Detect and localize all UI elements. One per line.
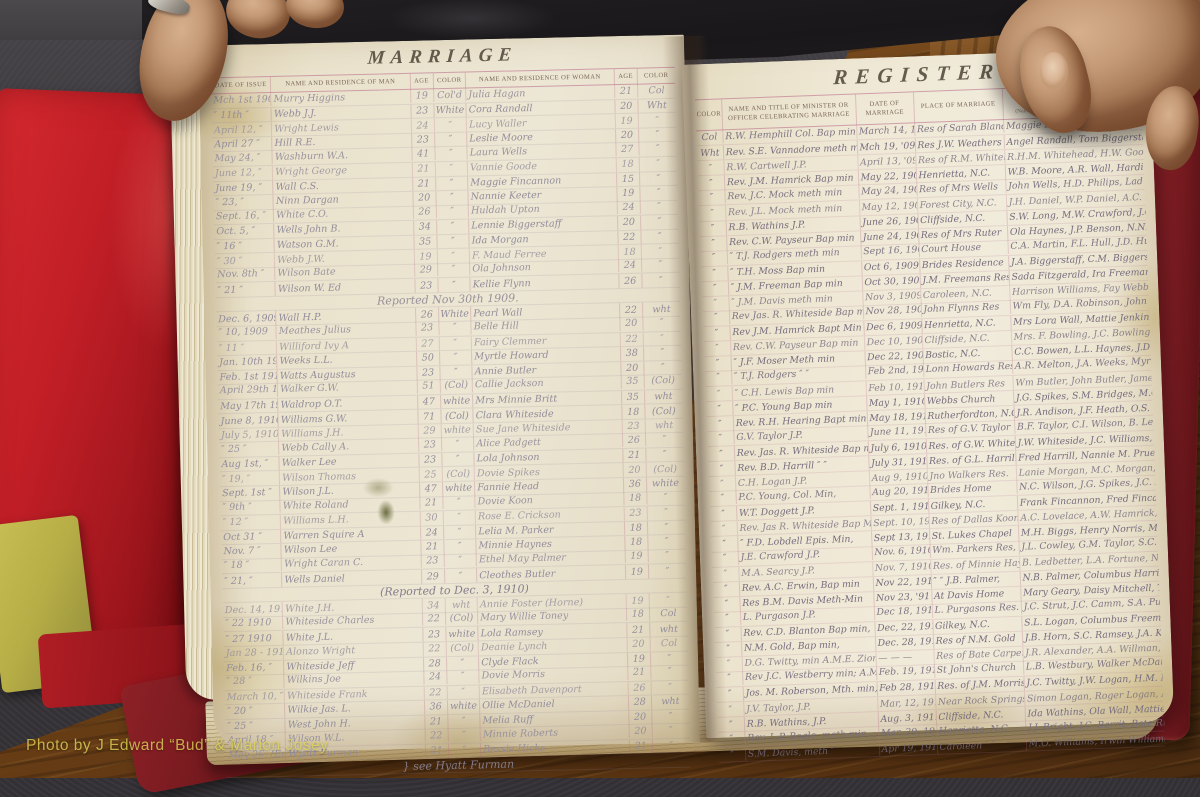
register-cell-ma: 24 bbox=[420, 526, 443, 540]
register-cell-place: Brides Home bbox=[928, 480, 1018, 497]
register-cell-wa: 21 bbox=[627, 623, 650, 637]
register-cell-date: June 26, 1909 bbox=[860, 214, 918, 230]
right-page: REGISTER COLOR NAME AND TITLE OF MINISTE… bbox=[682, 48, 1174, 739]
register-cell-wa: 21 bbox=[615, 84, 638, 98]
register-cell-wa: 28 bbox=[629, 696, 652, 710]
register-cell-mc: ″ bbox=[436, 204, 469, 218]
register-cell-woman: Alice Padgett bbox=[474, 433, 623, 450]
register-cell-man: White C.O. bbox=[274, 205, 413, 222]
register-cell-mc: wht bbox=[445, 598, 478, 612]
register-cell-mc: white bbox=[441, 423, 474, 437]
register-cell-man: White Roland bbox=[281, 496, 420, 513]
register-cell-date: Oct. 5, ″ bbox=[214, 224, 275, 239]
register-cell-wa: 35 bbox=[621, 375, 644, 389]
register-cell-date: Dec 10, 1909 bbox=[864, 334, 922, 350]
register-cell-wa: 20 bbox=[629, 710, 652, 724]
register-cell-date: Jan 28 - 1911 bbox=[224, 646, 285, 661]
register-cell-mc: ″ bbox=[447, 656, 480, 670]
register-cell-wa: 15 bbox=[617, 172, 640, 186]
register-cell-mc: ″ bbox=[435, 161, 468, 175]
register-cell-wa: 23 bbox=[622, 419, 645, 433]
register-cell-mc: ″ bbox=[438, 262, 471, 276]
register-cell-date: Aug 1st, ″ bbox=[219, 457, 280, 472]
register-cell-date: Nov. 7 ″ bbox=[221, 544, 282, 559]
register-cell-date: ″ 28 ″ bbox=[224, 674, 285, 689]
register-cell-ma: 23 bbox=[412, 133, 435, 147]
register-cell-mc: white bbox=[443, 481, 476, 495]
register-cell-wa: 19 bbox=[625, 549, 648, 563]
register-cell-mc: ″ bbox=[435, 146, 468, 160]
register-cell-date: ″ 12 ″ bbox=[221, 515, 282, 530]
register-cell-date: Nov. 8th ″ bbox=[215, 267, 276, 282]
register-cell-date: Feb 28, 1911 bbox=[877, 680, 935, 696]
register-cell-ma: 50 bbox=[417, 351, 440, 365]
register-cell-date: Mch 1st 1909 bbox=[211, 92, 272, 107]
register-cell-mc: ″ bbox=[444, 540, 477, 554]
register-cell-man: Wright Caran C. bbox=[282, 554, 421, 571]
register-cell-date: Jan. 10th 1910 bbox=[217, 355, 278, 370]
register-cell-wa: 18 bbox=[616, 158, 639, 172]
register-cell-mc: ″ bbox=[437, 249, 470, 263]
register-cell-man: Wilkins Joe bbox=[285, 671, 424, 688]
register-cell-date: ″ 11th ″ bbox=[211, 108, 272, 123]
register-cell-mc: ″ bbox=[437, 220, 470, 234]
register-cell-mc: (Col) bbox=[440, 379, 473, 393]
register-cell-mc: ″ bbox=[442, 437, 475, 451]
register-cell-ma: 23 bbox=[416, 321, 439, 335]
register-cell-woman: Dovie Koon bbox=[475, 492, 624, 509]
register-cell-date: Dec. 6, 1909 bbox=[216, 311, 277, 326]
register-cell-date: April 27 ″ bbox=[212, 137, 273, 152]
register-cell-date: Dec 18, 1910 bbox=[874, 604, 932, 620]
register-cell-ma: 28 bbox=[423, 657, 446, 671]
register-cell-date: July 31, 1910 bbox=[869, 454, 927, 470]
register-cell-date: Sept. 1, 1910 bbox=[870, 499, 928, 515]
register-cell-ma: 51 bbox=[417, 379, 440, 393]
register-cell-date: ″ 16 ″ bbox=[214, 239, 275, 254]
register-cell-place: St John's Church bbox=[934, 661, 1024, 678]
register-cell-wa: 20 bbox=[621, 361, 644, 375]
register-cell-date: May 24, 1909 bbox=[859, 183, 917, 199]
register-cell-ma: 21 bbox=[413, 177, 436, 191]
register-cell-woman: Ethel May Palmer bbox=[477, 550, 626, 567]
register-cell-wa: 22 bbox=[618, 230, 641, 244]
register-cell-ma: 21 bbox=[425, 744, 448, 758]
register-cell-ma: 26 bbox=[416, 308, 439, 322]
register-cell-date: July 6, 1910 bbox=[868, 439, 926, 455]
register-cell-man: Whiteside Charles bbox=[283, 613, 422, 630]
register-cell-ma: 23 bbox=[415, 279, 438, 293]
register-cell-mc: white bbox=[448, 700, 481, 714]
register-cell-mc: white bbox=[441, 394, 474, 408]
register-cell-place: Lonn Howards Res bbox=[923, 360, 1013, 377]
register-cell-ma: 23 bbox=[417, 366, 440, 380]
register-cell-mc: ″ bbox=[447, 685, 480, 699]
register-cell-place: Res of G.V. Taylor bbox=[926, 420, 1016, 437]
register-cell-man: Webb Cally A. bbox=[279, 438, 418, 455]
register-cell-date: July 5, 1910 bbox=[219, 428, 280, 443]
register-cell-ma: 41 bbox=[412, 147, 435, 161]
register-cell-date: Feb 2nd, 1910 bbox=[865, 363, 923, 379]
register-cell-date: Mch 19, '09 bbox=[857, 139, 915, 155]
register-cell-date: Oct 6, 1909 bbox=[862, 259, 920, 275]
register-cell-date: ″ 9th ″ bbox=[220, 499, 281, 514]
register-cell-ma: 22 bbox=[425, 728, 448, 742]
register-cell-date: May 1, 1910 bbox=[867, 394, 925, 410]
register-cell-mc: ″ bbox=[439, 336, 472, 350]
register-cell-wa: 38 bbox=[621, 347, 644, 361]
register-cell-man: Washburn W.A. bbox=[273, 147, 412, 164]
register-cell-wa: 19 bbox=[615, 114, 638, 128]
register-cell-date: ″ 25 ″ bbox=[225, 719, 286, 734]
register-cell-wa: 18 bbox=[622, 405, 645, 419]
photo-scene: MARRIAGE DATE OF ISSUE NAME AND RESIDENC… bbox=[0, 0, 1200, 797]
register-cell-ma: 47 bbox=[418, 395, 441, 409]
register-cell-ma: 23 bbox=[421, 554, 444, 568]
register-cell-mc: White bbox=[439, 307, 472, 321]
register-cell-ma: 47 bbox=[420, 482, 443, 496]
register-cell-mc: Col'd bbox=[434, 88, 467, 102]
register-cell-ma: 30 bbox=[420, 511, 443, 525]
register-cell-date: ″ 10, 1909 bbox=[216, 325, 277, 340]
register-cell-place: Henrietta, N.C bbox=[937, 721, 1027, 738]
register-cell-wa: 19 bbox=[628, 652, 651, 666]
register-cell-date: Sept. 16, ″ bbox=[214, 209, 275, 224]
register-cell-date: ″ 22 1910 bbox=[223, 616, 284, 631]
register-cell-date: Nov. 7, 1910 bbox=[873, 560, 931, 576]
register-cell-wa: 24 bbox=[619, 258, 642, 272]
right-thumb-nail bbox=[1040, 52, 1068, 90]
register-cell-mc: ″ bbox=[445, 569, 478, 583]
register-cell-mc: ″ bbox=[443, 511, 476, 525]
register-cell-date: ″ 30 ″ bbox=[215, 253, 276, 268]
column-header-age: AGE bbox=[410, 73, 434, 89]
register-cell-mc: ″ bbox=[444, 553, 477, 567]
left-page: MARRIAGE DATE OF ISSUE NAME AND RESIDENC… bbox=[198, 35, 700, 754]
register-cell-mc: ″ bbox=[440, 365, 473, 379]
register-cell-date: May 12, 1909 bbox=[859, 199, 917, 215]
register-cell-mc: ″ bbox=[439, 320, 472, 334]
register-cell-ma: 22 bbox=[422, 612, 445, 626]
register-cell-wa: 23 bbox=[624, 507, 647, 521]
register-cell-place: Res of Mrs Wells bbox=[917, 179, 1007, 196]
register-cell-ma: 25 bbox=[419, 468, 442, 482]
register-cell-wa: 18 bbox=[618, 245, 641, 259]
register-cell-man: Walker G.W. bbox=[278, 380, 417, 397]
column-header-date-of-marriage: DATE OF MARRIAGE bbox=[856, 92, 915, 124]
register-cell-date: Nov 28, 1909 bbox=[863, 303, 921, 319]
register-cell-date: ″ 20 ″ bbox=[225, 704, 286, 719]
register-cell-mc: ″ bbox=[444, 525, 477, 539]
register-cell-wa: 22 bbox=[620, 303, 643, 317]
register-cell-man: Meathes Julius bbox=[277, 322, 416, 339]
register-cell-ma: 20 bbox=[413, 191, 436, 205]
register-cell-date: Dec. 28, 1910 bbox=[875, 635, 933, 651]
register-cell-wa: 18 bbox=[627, 607, 650, 621]
register-cell-date: ″ 25 ″ bbox=[219, 441, 280, 456]
register-cell-date: April 29th 1910 bbox=[218, 383, 279, 398]
register-cell-mc: (Col) bbox=[446, 611, 479, 625]
register-cell-wa: 20 bbox=[615, 99, 638, 113]
register-cell-ma: 21 bbox=[425, 715, 448, 729]
register-cell-date: Nov. 6, 1910 bbox=[872, 544, 930, 560]
register-cell-wa: 20 bbox=[616, 128, 639, 142]
register-cell-wa: 19 bbox=[617, 187, 640, 201]
register-cell-woman: Ola Johnson bbox=[470, 259, 619, 276]
register-cell-mc: ″ bbox=[440, 351, 473, 365]
register-cell-place: John Flynns Res bbox=[921, 300, 1011, 317]
register-cell-woman: Dovie Morris bbox=[479, 666, 628, 683]
register-cell-mc: ″ bbox=[448, 714, 481, 728]
register-cell-ma: 26 bbox=[413, 205, 436, 219]
register-cell-ma: 34 bbox=[422, 599, 445, 613]
register-cell-ma: 35 bbox=[414, 235, 437, 249]
photo-credit-watermark: Photo by J Edward “Bud” & Marion Josey bbox=[26, 737, 328, 755]
register-cell-mc: White bbox=[434, 103, 467, 117]
right-page-rows: ColR.W. Hemphill Col. Bap minMarch 14, 1… bbox=[696, 115, 1165, 763]
register-cell-date: Oct 31 ″ bbox=[221, 529, 282, 544]
register-cell-ma: 22 bbox=[423, 642, 446, 656]
register-cell-mc: ″ bbox=[438, 278, 471, 292]
register-cell-mc: ″ bbox=[436, 191, 469, 205]
register-cell-mc: ″ bbox=[442, 452, 475, 466]
register-cell-wa: 26 bbox=[628, 681, 651, 695]
register-cell-wa: 20 bbox=[620, 317, 643, 331]
register-cell-ma: 27 bbox=[416, 337, 439, 351]
register-cell-date: Dec. 14, 1910 bbox=[223, 602, 284, 617]
register-cell-wa: 20 bbox=[623, 463, 646, 477]
register-cell-wa: 19 bbox=[626, 594, 649, 608]
register-cell-date: ″ 11 ″ bbox=[217, 340, 278, 355]
register-cell-wa: 20 bbox=[627, 638, 650, 652]
register-cell-ma: 19 bbox=[411, 89, 434, 103]
carpet-top-left bbox=[0, 0, 142, 40]
register-cell-date: Mar, 29, 1911, bbox=[879, 724, 937, 740]
register-cell-mc: (Col) bbox=[446, 641, 479, 655]
register-cell-date: ″ 19, ″ bbox=[220, 471, 281, 486]
register-cell-mc: ″ bbox=[436, 176, 469, 190]
column-header-age-woman: AGE bbox=[614, 69, 638, 85]
register-cell-date: Apr 19, 1911 bbox=[879, 740, 937, 756]
register-cell-wa: 19 bbox=[626, 565, 649, 579]
register-cell-date: Dec, 22, 1910 bbox=[875, 620, 933, 636]
register-cell-wa: 36 bbox=[624, 478, 647, 492]
register-cell-date: Sept. 10, 1910 bbox=[871, 514, 929, 530]
register-cell-woman: Belle Hill bbox=[471, 317, 620, 334]
register-cell-ma: 71 bbox=[418, 409, 441, 423]
register-cell-mc: (Col) bbox=[441, 409, 474, 423]
register-cell-mc: ″ bbox=[447, 669, 480, 683]
register-cell-man: Murry Higgins bbox=[271, 89, 410, 106]
register-cell-ma: 23 bbox=[423, 628, 446, 642]
register-cell-ma: 29 bbox=[415, 263, 438, 277]
register-cell-ma: 21 bbox=[421, 540, 444, 554]
register-cell-place: Res of Sarah Bland bbox=[915, 119, 1005, 136]
register-cell-ma: 36 bbox=[424, 700, 447, 714]
register-cell-woman: Mary Willie Toney bbox=[478, 608, 627, 625]
register-cell-wa: 24 bbox=[617, 200, 640, 214]
register-cell-date: March 10, ″ bbox=[225, 689, 286, 704]
register-cell-date: ″ 27 1910 bbox=[223, 631, 284, 646]
column-header-color: COLOR bbox=[433, 73, 466, 89]
register-cell-date: June 19, ″ bbox=[213, 180, 274, 195]
column-header-date-of-issue: DATE OF ISSUE bbox=[211, 77, 272, 94]
register-cell-wa: 20 bbox=[618, 216, 641, 230]
register-cell-ma: 21 bbox=[412, 162, 435, 176]
register-cell-ma: 34 bbox=[414, 220, 437, 234]
column-header-place-of-marriage: PLACE OF MARRIAGE bbox=[913, 89, 1003, 122]
register-cell-date: ″ 23, ″ bbox=[213, 195, 274, 210]
register-cell-mc: ″ bbox=[437, 234, 470, 248]
register-cell-date: Sept 16, 1909 bbox=[861, 243, 919, 259]
register-cell-date: Dec 6, 1909 bbox=[864, 319, 922, 335]
register-cell-ma: 19 bbox=[414, 249, 437, 263]
left-page-rows: Mch 1st 1909Murry Higgins19Col'dJulia Ha… bbox=[211, 84, 690, 778]
register-cell-wa: 18 bbox=[625, 536, 648, 550]
register-cell-date: Feb 10, 1910 bbox=[866, 379, 924, 395]
register-cell-wa: 21 bbox=[630, 739, 653, 753]
register-cell-wa: 26 bbox=[623, 433, 646, 447]
register-cell-wa: 20 bbox=[629, 724, 652, 738]
register-cell-date: Feb. 19, 1911 bbox=[877, 664, 935, 680]
register-cell-date: June 8, 1910 bbox=[218, 413, 279, 428]
register-cell-wa: 18 bbox=[624, 491, 647, 505]
register-cell-mc: ″ bbox=[448, 728, 481, 742]
register-cell-date: March 14, 1909 bbox=[857, 123, 915, 139]
register-cell-woman: Laura Wells bbox=[468, 143, 617, 160]
register-cell-date: Feb. 16, ″ bbox=[224, 660, 285, 675]
register-cell-date: ″ 21 ″ bbox=[215, 282, 276, 297]
register-cell-mc: ″ bbox=[443, 495, 476, 509]
column-header-minister: NAME AND TITLE OF MINISTER OR OFFICER CE… bbox=[722, 94, 857, 129]
register-cell-ma: 23 bbox=[418, 438, 441, 452]
register-cell-date: June 11, 1910 bbox=[868, 423, 926, 439]
register-cell-ma: 23 bbox=[411, 104, 434, 118]
register-cell-date: April 12, ″ bbox=[212, 122, 273, 137]
register-cell-ma: 24 bbox=[411, 119, 434, 133]
register-cell-mc: ″ bbox=[435, 132, 468, 146]
register-cell-date: June 12, ″ bbox=[213, 166, 274, 181]
register-cell-ma: 21 bbox=[420, 496, 443, 510]
register-cell-date: Sept. 1st ″ bbox=[220, 486, 281, 501]
register-cell-date: May 24, ″ bbox=[212, 150, 273, 165]
register-cell-date: May 17th 1910 bbox=[218, 399, 279, 414]
register-cell-date: Feb. 1st 1910 bbox=[217, 370, 278, 385]
register-cell-woman: Callie Jackson bbox=[473, 375, 622, 392]
register-cell-mc: ″ bbox=[434, 118, 467, 132]
register-cell-place: L. Purgasons Res. bbox=[932, 600, 1022, 617]
register-cell-date: Oct 30, 1909 bbox=[862, 274, 920, 290]
register-cell-wa: 26 bbox=[619, 274, 642, 288]
register-cell-ma: 29 bbox=[421, 569, 444, 583]
register-cell-date: Nov 22, 1910 bbox=[873, 575, 931, 591]
register-cell-ma: 24 bbox=[424, 670, 447, 684]
register-cell-date: Aug 20, 1910 bbox=[870, 483, 928, 499]
register-cell-place: Wm. Parkers Res, bbox=[930, 540, 1020, 557]
register-cell-date: Mar, 12, 1911 bbox=[878, 695, 936, 711]
register-cell-wa: 27 bbox=[616, 142, 639, 156]
register-cell-woman: Julia Hagan bbox=[466, 84, 615, 101]
register-cell-man: Wilson Bate bbox=[275, 264, 414, 281]
register-cell-woman: Minnie Roberts bbox=[481, 724, 630, 741]
register-cell-wa: 22 bbox=[620, 332, 643, 346]
register-cell-date: ″ 21, ″ bbox=[222, 573, 283, 588]
register-cell-date: April 13, '09 bbox=[858, 154, 916, 170]
register-cell-place: Court House bbox=[919, 240, 1009, 257]
register-cell-mc: (Col) bbox=[442, 467, 475, 481]
register-cell-wa: 35 bbox=[622, 390, 645, 404]
register-cell-wa: 21 bbox=[628, 666, 651, 680]
register-cell-woman: Huldah Upton bbox=[469, 201, 618, 218]
register-cell-ma: 23 bbox=[419, 453, 442, 467]
register-cell-mc: ″ bbox=[449, 743, 482, 757]
register-cell-date: ″ 18 ″ bbox=[222, 558, 283, 573]
register-cell-ma: 22 bbox=[424, 686, 447, 700]
register-cell-place: Caroleen ″ ″ bbox=[937, 737, 1027, 754]
register-cell-wa: 18 bbox=[625, 521, 648, 535]
register-cell-color: ″ bbox=[719, 747, 746, 762]
register-cell-ma: 29 bbox=[418, 424, 441, 438]
register-cell-mc: white bbox=[446, 627, 479, 641]
register-cell-wa: 21 bbox=[623, 448, 646, 462]
